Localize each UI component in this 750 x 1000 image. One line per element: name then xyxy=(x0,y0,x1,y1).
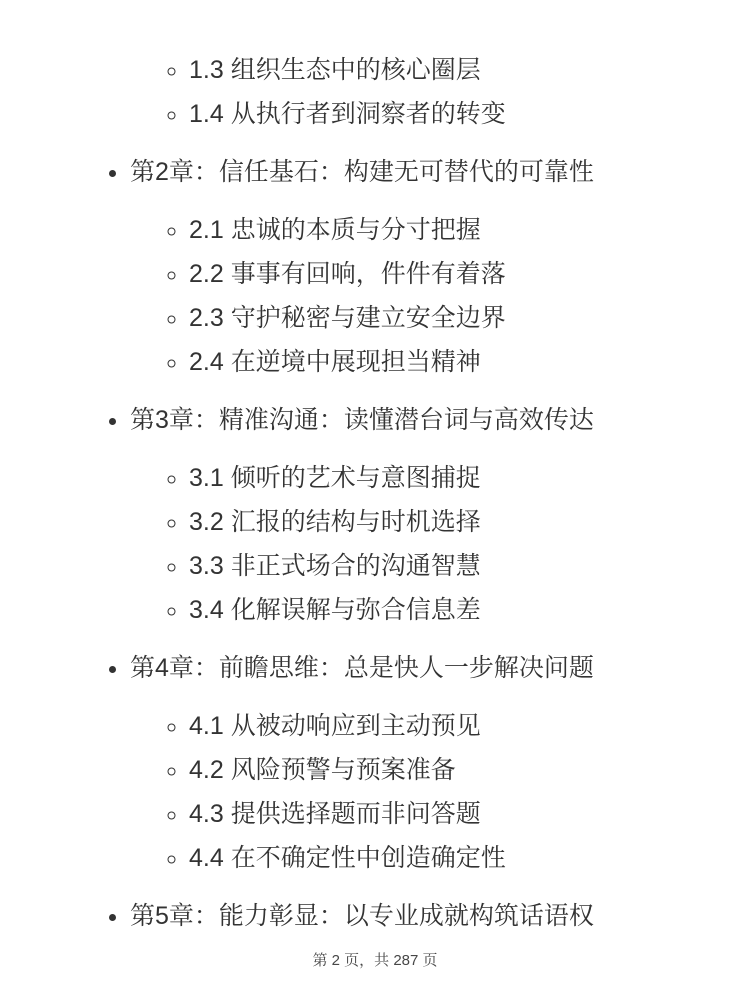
toc-subitem: 3.4 化解误解与弥合信息差 xyxy=(189,588,750,632)
toc-subitem: 1.3 组织生态中的核心圈层 xyxy=(189,48,750,92)
toc-chapter-list: 第2章：信任基石：构建无可替代的可靠性 2.1 忠诚的本质与分寸把握 2.2 事… xyxy=(0,150,750,938)
toc-chapter-item: 第5章：能力彰显：以专业成就构筑话语权 xyxy=(130,894,750,938)
chapter4-subitem-list: 4.1 从被动响应到主动预见 4.2 风险预警与预案准备 4.3 提供选择题而非… xyxy=(130,704,750,880)
toc-subitem: 4.3 提供选择题而非问答题 xyxy=(189,792,750,836)
document-page: 1.3 组织生态中的核心圈层 1.4 从执行者到洞察者的转变 第2章：信任基石：… xyxy=(0,0,750,938)
toc-subitem: 1.4 从执行者到洞察者的转变 xyxy=(189,92,750,136)
chapter2-subitem-list: 2.1 忠诚的本质与分寸把握 2.2 事事有回响，件件有着落 2.3 守护秘密与… xyxy=(130,208,750,384)
toc-subitem: 4.2 风险预警与预案准备 xyxy=(189,748,750,792)
toc-subitem: 3.2 汇报的结构与时机选择 xyxy=(189,500,750,544)
toc-subitem: 2.4 在逆境中展现担当精神 xyxy=(189,340,750,384)
toc-subitem: 3.3 非正式场合的沟通智慧 xyxy=(189,544,750,588)
toc-chapter-item: 第3章：精准沟通：读懂潜台词与高效传达 3.1 倾听的艺术与意图捕捉 3.2 汇… xyxy=(130,398,750,632)
toc-subitem: 3.1 倾听的艺术与意图捕捉 xyxy=(189,456,750,500)
chapter-title: 第4章：前瞻思维：总是快人一步解决问题 xyxy=(130,654,594,682)
toc-subitem: 2.1 忠诚的本质与分寸把握 xyxy=(189,208,750,252)
toc-subitem: 4.4 在不确定性中创造确定性 xyxy=(189,836,750,880)
toc-subitem: 2.2 事事有回响，件件有着落 xyxy=(189,252,750,296)
chapter-title: 第5章：能力彰显：以专业成就构筑话语权 xyxy=(130,902,594,930)
toc-chapter-item: 第4章：前瞻思维：总是快人一步解决问题 4.1 从被动响应到主动预见 4.2 风… xyxy=(130,646,750,880)
page-number-footer: 第 2 页，共 287 页 xyxy=(0,949,750,970)
toc-subitem: 4.1 从被动响应到主动预见 xyxy=(189,704,750,748)
chapter-title: 第3章：精准沟通：读懂潜台词与高效传达 xyxy=(130,406,594,434)
toc-chapter-item: 第2章：信任基石：构建无可替代的可靠性 2.1 忠诚的本质与分寸把握 2.2 事… xyxy=(130,150,750,384)
chapter1-subitem-list: 1.3 组织生态中的核心圈层 1.4 从执行者到洞察者的转变 xyxy=(0,48,750,136)
chapter-title: 第2章：信任基石：构建无可替代的可靠性 xyxy=(130,158,594,186)
toc-subitem: 2.3 守护秘密与建立安全边界 xyxy=(189,296,750,340)
chapter3-subitem-list: 3.1 倾听的艺术与意图捕捉 3.2 汇报的结构与时机选择 3.3 非正式场合的… xyxy=(130,456,750,632)
